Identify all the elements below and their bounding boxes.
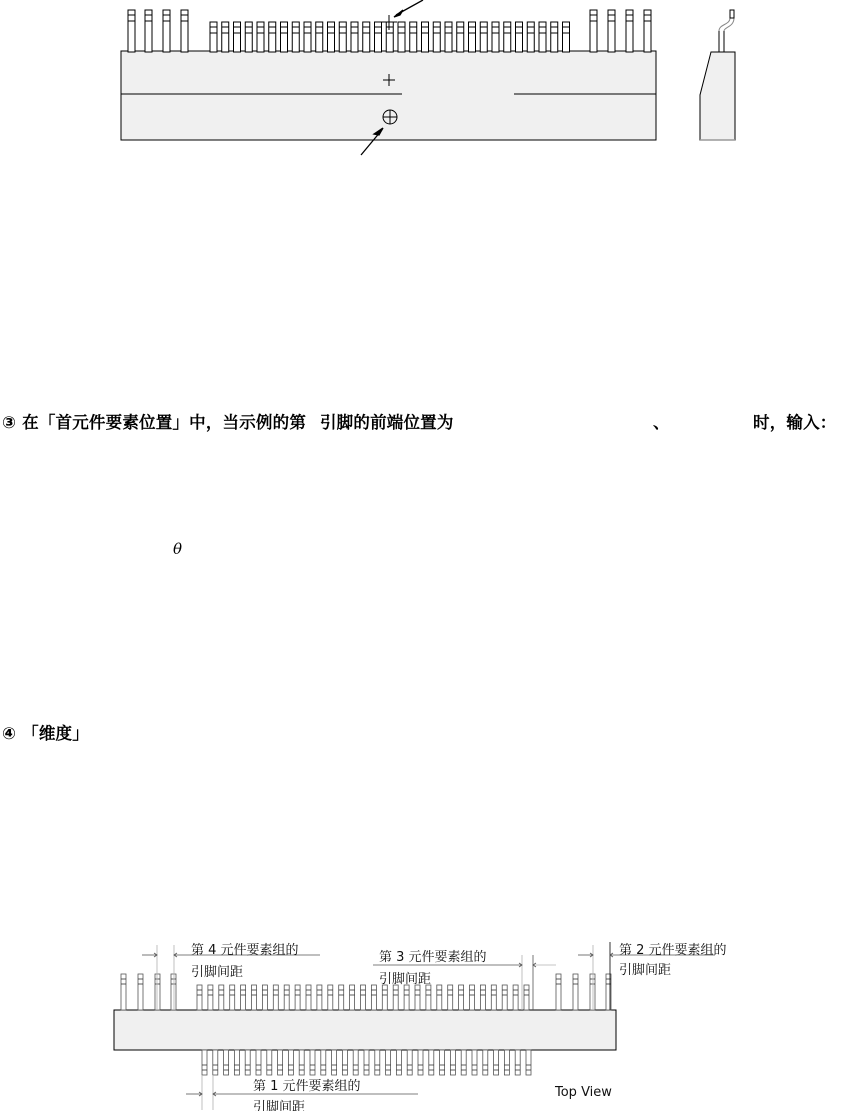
pin <box>396 1050 401 1075</box>
pin <box>267 1050 272 1075</box>
pin <box>284 985 289 1010</box>
group2-pitch-label-line1: 第 2 元件要素组的 <box>619 939 727 958</box>
group3-pitch-label-line2: 引脚间距 <box>379 968 431 987</box>
tall-pin <box>163 10 170 52</box>
pin <box>386 1050 391 1075</box>
pin <box>448 985 453 1010</box>
pin <box>224 1050 229 1075</box>
step3-separator: 、 <box>653 409 670 433</box>
pin <box>353 1050 358 1075</box>
pin <box>208 985 213 1010</box>
pin <box>219 985 224 1010</box>
step3-text-part2: 引脚的前端位置为 <box>320 413 454 432</box>
pin <box>306 985 311 1010</box>
pin <box>472 1050 477 1075</box>
pin <box>245 1050 250 1075</box>
tall-pin <box>145 10 152 52</box>
pin <box>317 985 322 1010</box>
step3-text-part3: 时，输入： <box>753 409 837 433</box>
pin <box>230 985 235 1010</box>
pin <box>459 985 464 1010</box>
connector-body-top-view <box>114 1010 616 1050</box>
pin <box>407 1050 412 1075</box>
pin <box>504 1050 509 1075</box>
pin <box>415 985 420 1010</box>
pin <box>382 985 387 1010</box>
pin <box>234 1050 239 1075</box>
pin <box>197 985 202 1010</box>
connector-side-view <box>700 52 735 140</box>
pin <box>429 1050 434 1075</box>
step3-text-part1: 在「首元件要素位置」中，当示例的第 <box>22 413 306 432</box>
pin <box>450 1050 455 1075</box>
pin <box>332 1050 337 1075</box>
pin <box>573 974 578 1010</box>
connector-front-view-diagram <box>0 0 845 160</box>
pin <box>437 985 442 1010</box>
pin <box>310 1050 315 1075</box>
group3-pitch-label-line1: 第 3 元件要素组的 <box>379 946 487 965</box>
tall-pin <box>626 10 633 52</box>
step3-number: ③ <box>2 413 16 432</box>
group2-pitch-label-line2: 引脚间距 <box>619 959 671 978</box>
pin <box>273 985 278 1010</box>
pin <box>213 1050 218 1075</box>
pin <box>328 985 333 1010</box>
pin <box>526 1050 531 1075</box>
pin <box>342 1050 347 1075</box>
top-view-label: Top View <box>555 1085 612 1100</box>
pin <box>339 985 344 1010</box>
pin <box>375 1050 380 1075</box>
group4-pitch-label-line1: 第 4 元件要素组的 <box>191 939 299 958</box>
pin <box>262 985 267 1010</box>
group4-pitch-label-line2: 引脚间距 <box>191 961 243 980</box>
theta-symbol: θ <box>173 540 182 558</box>
pin <box>470 985 475 1010</box>
pin <box>440 1050 445 1075</box>
pin <box>494 1050 499 1075</box>
pin <box>480 985 485 1010</box>
step4-heading: ④ 「维度」 <box>2 720 89 744</box>
pin <box>502 985 507 1010</box>
pin <box>241 985 246 1010</box>
pin <box>299 1050 304 1075</box>
pin <box>393 985 398 1010</box>
pin <box>590 974 595 1010</box>
connector-body <box>121 51 656 140</box>
tall-pin <box>128 10 135 52</box>
pin <box>295 985 300 1010</box>
group1-pitch-label-line1: 第 1 元件要素组的 <box>253 1075 361 1094</box>
connector-front-view-drawing <box>0 0 845 160</box>
pin <box>371 985 376 1010</box>
tall-pin <box>644 10 651 52</box>
pin <box>364 1050 369 1075</box>
pin <box>278 1050 283 1075</box>
pin <box>138 974 143 1010</box>
pin <box>461 1050 466 1075</box>
pin <box>524 985 529 1010</box>
pin <box>288 1050 293 1075</box>
pin <box>515 1050 520 1075</box>
tall-pin <box>181 10 188 52</box>
group1-pitch-label-line2: 引脚间距 <box>253 1096 305 1111</box>
pin <box>252 985 257 1010</box>
pin <box>556 974 561 1010</box>
pin <box>121 974 126 1010</box>
connector-top-view-diagram: 第 4 元件要素组的 引脚间距 第 3 元件要素组的 引脚间距 第 2 元件要素… <box>0 930 845 1111</box>
pin <box>256 1050 261 1075</box>
step3-heading: ③ 在「首元件要素位置」中，当示例的第 引脚的前端位置为 <box>2 409 454 433</box>
pin <box>491 985 496 1010</box>
arrow-icon <box>394 10 403 17</box>
pin <box>350 985 355 1010</box>
step4-text: 「维度」 <box>22 724 89 743</box>
pin <box>202 1050 207 1075</box>
pin <box>418 1050 423 1075</box>
step4-number: ④ <box>2 724 16 743</box>
pin <box>483 1050 488 1075</box>
pin <box>513 985 518 1010</box>
pin <box>426 985 431 1010</box>
pin <box>404 985 409 1010</box>
pin <box>155 974 160 1010</box>
pin <box>361 985 366 1010</box>
pin <box>171 974 176 1010</box>
pin <box>321 1050 326 1075</box>
tall-pin <box>590 10 597 52</box>
tall-pin <box>608 10 615 52</box>
